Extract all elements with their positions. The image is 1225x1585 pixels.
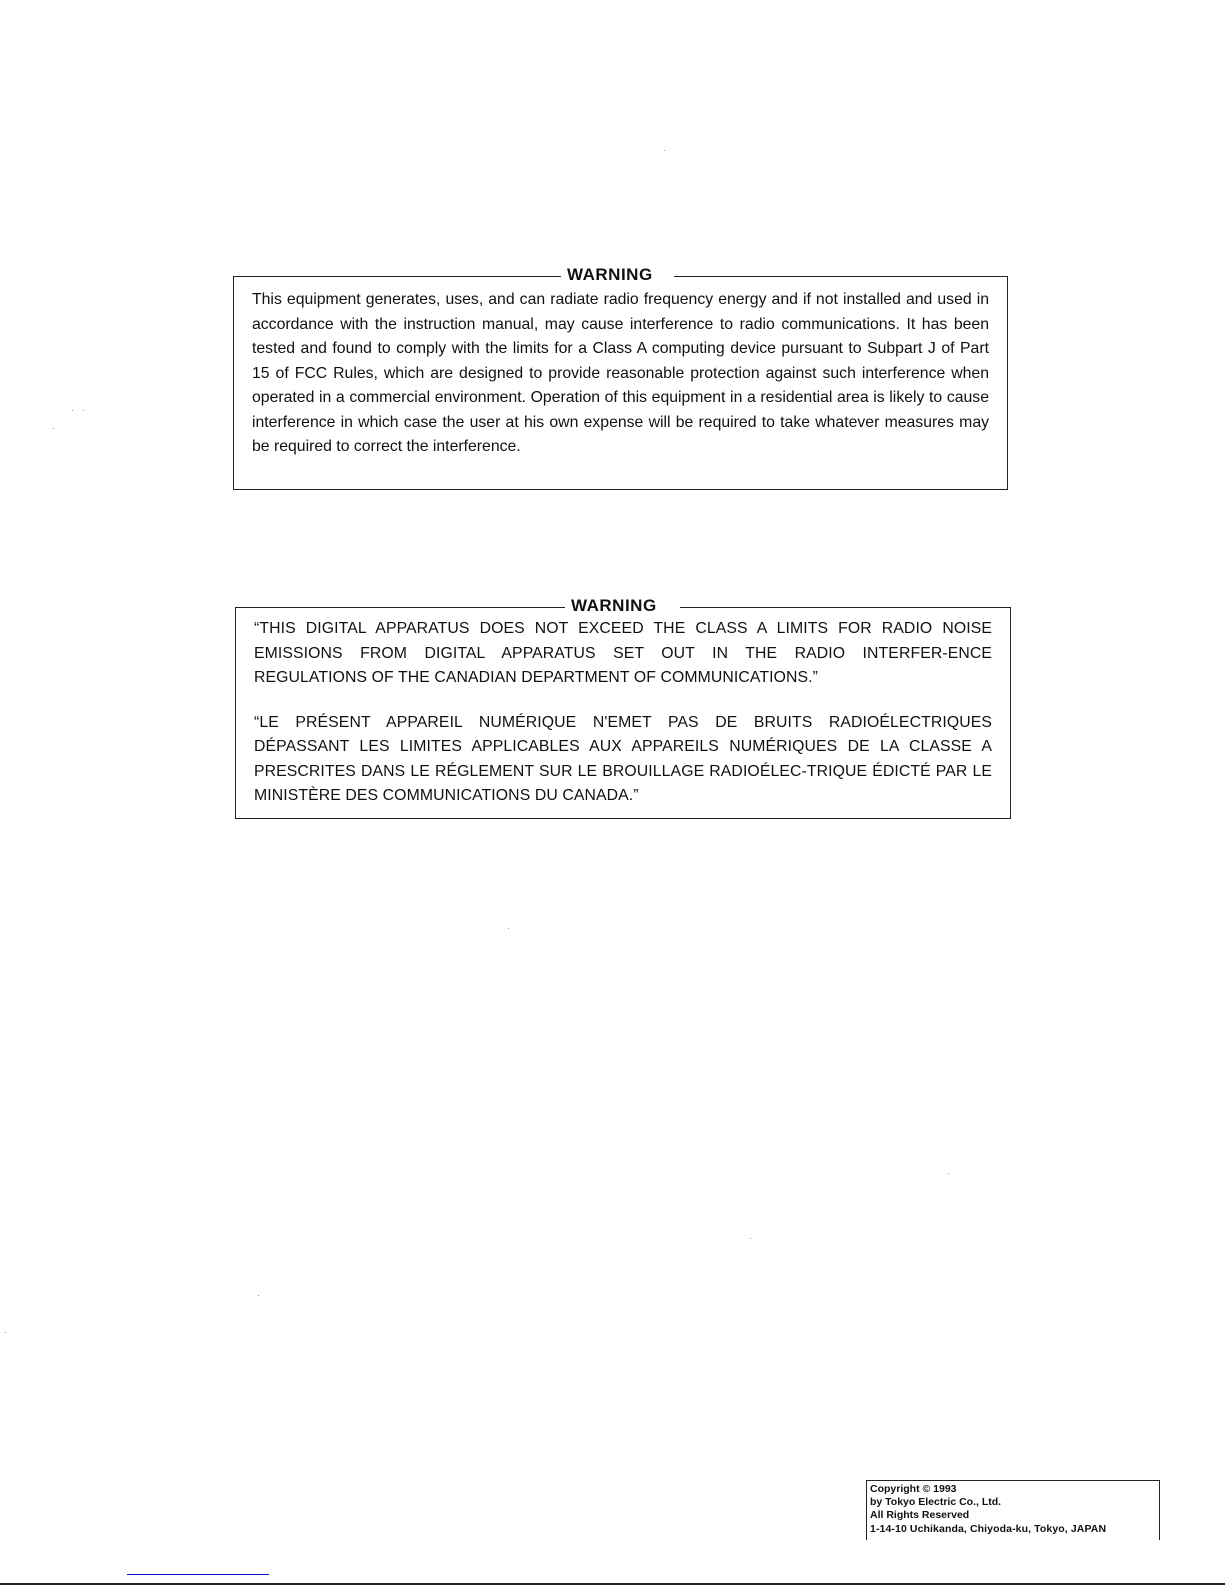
canada-warning-box: WARNING “THIS DIGITAL APPARATUS DOES NOT… <box>235 607 1011 819</box>
copyright-notice: Copyright © 1993 by Tokyo Electric Co., … <box>866 1480 1160 1540</box>
fcc-warning-box: WARNING This equipment generates, uses, … <box>233 276 1008 490</box>
scan-speck <box>258 1295 259 1296</box>
rights-line: All Rights Reserved <box>870 1509 1159 1522</box>
english-statement: “THIS DIGITAL APPARATUS DOES NOT EXCEED … <box>254 617 992 691</box>
company-line: by Tokyo Electric Co., Ltd. <box>870 1496 1159 1509</box>
warning-title: WARNING <box>561 265 659 285</box>
scan-speck <box>948 1173 949 1174</box>
box-top-border <box>674 276 1007 277</box>
fcc-warning-text: This equipment generates, uses, and can … <box>252 288 989 460</box>
scan-speck <box>508 928 509 929</box>
canada-warning-text: “THIS DIGITAL APPARATUS DOES NOT EXCEED … <box>254 617 992 809</box>
box-top-border <box>234 276 564 277</box>
scan-speck <box>5 1332 6 1333</box>
scan-speck <box>53 428 54 429</box>
french-statement: “LE PRÉSENT APPAREIL NUMÉRIQUE N'EMET PA… <box>254 711 992 809</box>
scan-speck <box>83 410 84 411</box>
scan-speck <box>750 1238 751 1239</box>
scan-speck <box>72 410 73 411</box>
box-top-border <box>236 607 566 608</box>
warning-title: WARNING <box>565 596 663 616</box>
scan-speck <box>664 150 665 151</box>
copyright-line: Copyright © 1993 <box>870 1483 1159 1496</box>
box-top-border <box>680 607 1010 608</box>
address-line: 1-14-10 Uchikanda, Chiyoda-ku, Tokyo, JA… <box>870 1523 1159 1536</box>
bottom-underline <box>127 1574 269 1575</box>
